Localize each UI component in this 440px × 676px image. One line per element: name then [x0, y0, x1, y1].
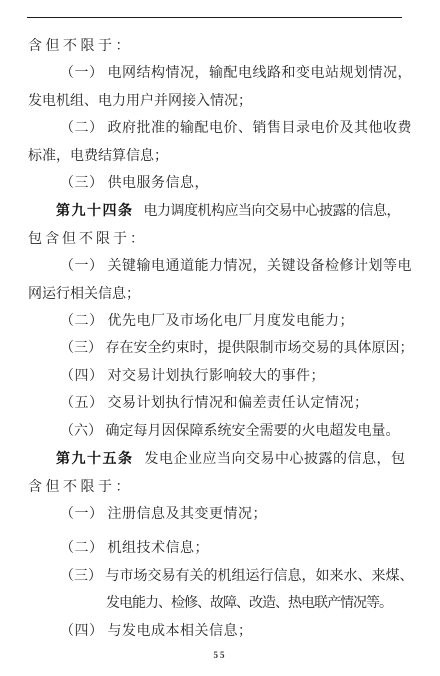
list-item: （二） 政府批准的输配电价、销售目录电价及其他收费 [60, 115, 412, 142]
text-line-continuation: 包含但不限于： [28, 226, 412, 253]
text-line-continuation: 网运行相关信息； [28, 281, 412, 308]
text-line-continuation: 标准，电费结算信息； [28, 143, 412, 170]
text-line-continuation: 发电能力、检修、故障、改造、热电联产情况等。 [106, 590, 412, 617]
document-body: 含但不限于： （一） 电网结构情况，输配电线路和变电站规划情况， 发电机组、电力… [28, 33, 412, 645]
list-item: （三） 存在安全约束时，提供限制市场交易的具体原因； [60, 335, 412, 362]
list-item: （三） 与市场交易有关的机组运行信息，如来水、来煤、 [60, 563, 412, 590]
article-heading-95: 第九十五条 发电企业应当向交易中心披露的信息，包 [56, 445, 412, 473]
list-item: （四） 与发电成本相关信息； [60, 618, 412, 645]
list-item: （一） 电网结构情况，输配电线路和变电站规划情况， [60, 60, 412, 87]
article-number: 第九十四条 [56, 202, 134, 218]
list-item: （三） 供电服务信息， [60, 170, 412, 197]
list-item: （一） 关键输电通道能力情况，关键设备检修计划等电 [60, 253, 412, 280]
document-page: 含但不限于： （一） 电网结构情况，输配电线路和变电站规划情况， 发电机组、电力… [0, 0, 440, 676]
article-heading-94: 第九十四条 电力调度机构应当向交易中心披露的信息， [56, 197, 412, 225]
text-line-continuation: 含但不限于： [28, 474, 412, 501]
page-number: 55 [0, 650, 440, 660]
header-divider [27, 17, 402, 18]
list-item: （二） 机组技术信息； [60, 535, 412, 562]
list-item: （二） 优先电厂及市场化电厂月度发电能力； [60, 308, 412, 335]
list-item: （六） 确定每月因保障系统安全需要的火电超发电量。 [60, 418, 412, 445]
article-text: 发电企业应当向交易中心披露的信息，包 [141, 452, 406, 467]
article-text: 电力调度机构应当向交易中心披露的信息， [141, 204, 401, 219]
list-item: （一） 注册信息及其变更情况； [60, 501, 412, 528]
list-item: （四） 对交易计划执行影响较大的事件； [60, 363, 412, 390]
list-item: （五） 交易计划执行情况和偏差责任认定情况； [60, 390, 412, 417]
article-number: 第九十五条 [56, 450, 134, 466]
text-line-continuation: 发电机组、电力用户并网接入情况； [28, 88, 412, 115]
text-line-continuation: 含但不限于： [28, 33, 412, 60]
